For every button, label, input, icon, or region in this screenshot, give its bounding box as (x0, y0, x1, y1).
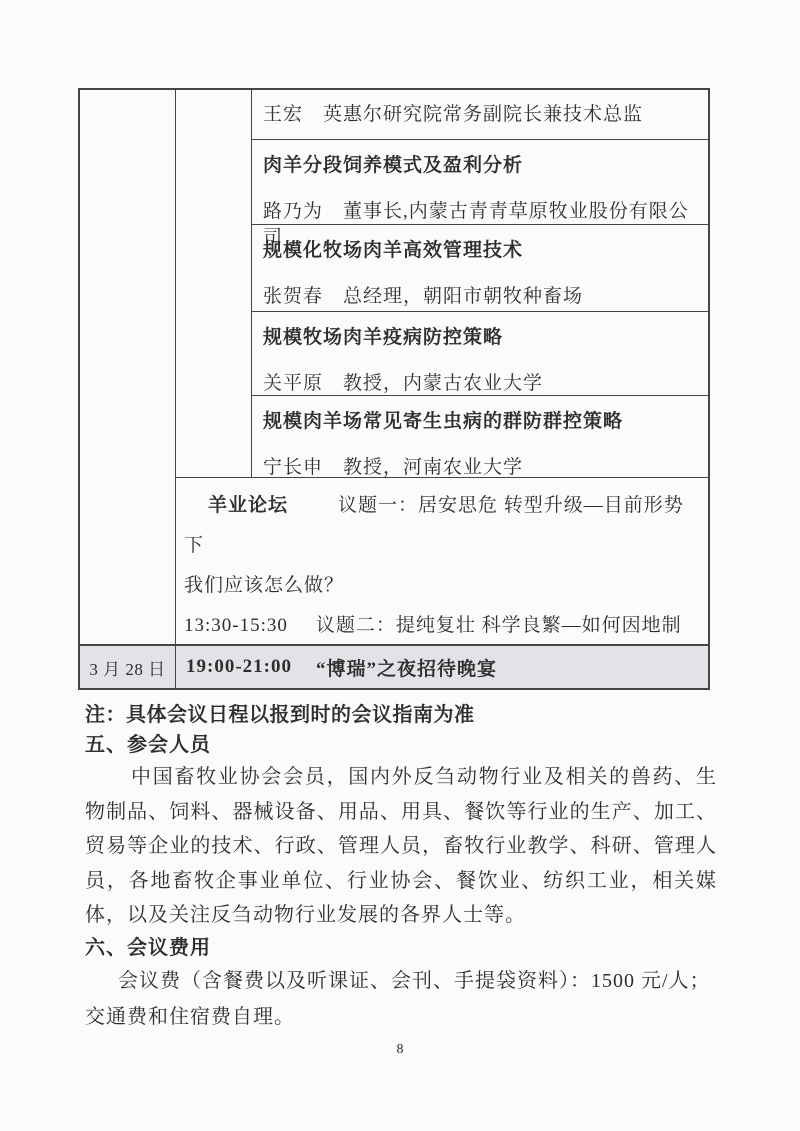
forum-name: 羊业论坛 (208, 495, 288, 516)
section-heading-fees: 六、会议费用 (85, 933, 717, 963)
banquet-title: “博瑞”之夜招待晚宴 (316, 654, 497, 681)
body-text-block: 注：具体会议日程以报到时的会议指南为准 五、参会人员 中国畜牧业协会会员，国内外… (85, 700, 717, 1035)
banquet-cell: 19:00-21:00“博瑞”之夜招待晚宴 (176, 646, 708, 688)
table-row: 规模肉羊场常见寄生虫病的群防群控策略 宁长申 教授，河南农业大学 (252, 396, 708, 478)
session-title: 肉羊分段饲养模式及盈利分析 (263, 153, 702, 179)
banquet-time: 19:00-21:00 (186, 656, 292, 678)
table-row: 肉羊分段饲养模式及盈利分析 路乃为 董事长,内蒙古青青草原牧业股份有限公司 (252, 140, 708, 225)
table-row: 规模化牧场肉羊高效管理技术 张贺春 总经理，朝阳市朝牧种畜场 (252, 225, 708, 312)
session-title: 规模肉羊场常见寄生虫病的群防群控策略 (263, 409, 702, 435)
forum-line-1: 羊业论坛议题一：居安思危 转型升级—目前形势下 (184, 486, 702, 566)
fees-line-2: 交通费和住宿费自理。 (85, 999, 717, 1035)
section-heading-participants: 五、参会人员 (85, 730, 717, 760)
table-row: 王宏 英惠尔研究院常务副院长兼技术总监 (252, 90, 708, 140)
forum-line-3: 13:30-15:30议题二：提纯复壮 科学良繁—如何因地制 (184, 606, 702, 646)
session-title: 规模牧场肉羊疫病防控策略 (263, 325, 702, 351)
session-title: 规模化牧场肉羊高效管理技术 (263, 238, 702, 264)
fees-line-1: 会议费（含餐费以及听课证、会刊、手提袋资料）：1500 元/人； (85, 963, 717, 999)
session-speaker: 王宏 英惠尔研究院常务副院长兼技术总监 (263, 102, 702, 128)
table-row: 规模牧场肉羊疫病防控策略 关平原 教授，内蒙古农业大学 (252, 312, 708, 396)
page-number: 8 (0, 1042, 800, 1058)
date-column-empty-cell (80, 90, 176, 646)
conference-schedule-table: 王宏 英惠尔研究院常务副院长兼技术总监 肉羊分段饲养模式及盈利分析 路乃为 董事… (78, 88, 710, 690)
session-speaker: 张贺春 总经理，朝阳市朝牧种畜场 (263, 284, 702, 310)
forum-time: 13:30-15:30 (184, 615, 288, 636)
schedule-note: 注：具体会议日程以报到时的会议指南为准 (85, 700, 717, 730)
forum-cell: 羊业论坛议题一：居安思危 转型升级—目前形势下 我们应该怎么做？ 13:30-1… (176, 478, 708, 646)
session-speaker: 关平原 教授，内蒙古农业大学 (263, 371, 702, 397)
document-page: 王宏 英惠尔研究院常务副院长兼技术总监 肉羊分段饲养模式及盈利分析 路乃为 董事… (0, 0, 800, 1131)
time-column-empty-cell (176, 90, 252, 478)
forum-line-2: 我们应该怎么做？ (184, 566, 702, 606)
date-cell: 3 月 28 日 (80, 646, 176, 688)
participants-paragraph: 中国畜牧业协会会员，国内外反刍动物行业及相关的兽药、生物制品、饲料、器械设备、用… (85, 760, 717, 933)
forum-topic-2: 议题二：提纯复壮 科学良繁—如何因地制 (316, 615, 682, 636)
